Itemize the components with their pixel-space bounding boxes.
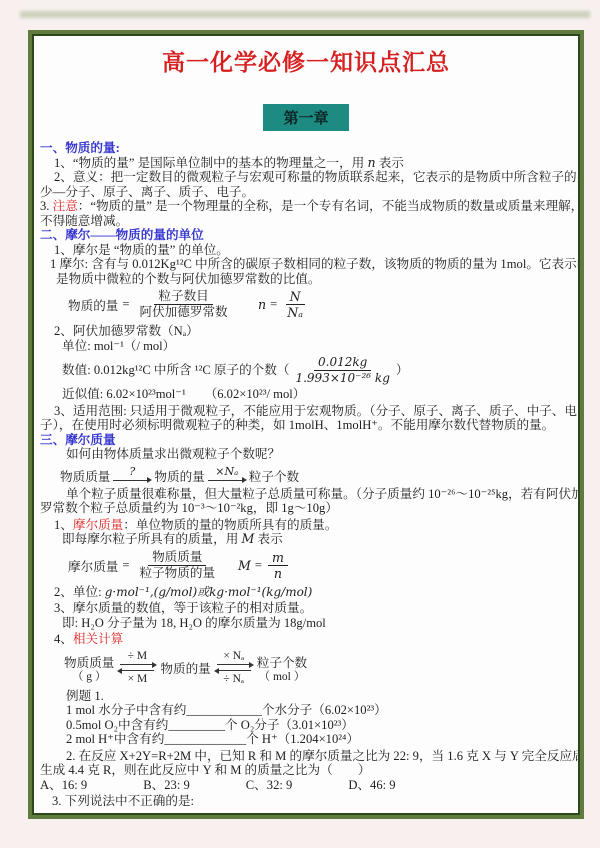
section-1-heading: 一、物质的量:	[40, 141, 572, 156]
text-part: 2、单位:	[54, 585, 105, 599]
right-arrow-icon	[208, 477, 246, 483]
s2-line-4: 2、阿伏加德罗常数（Nₐ）	[40, 324, 572, 339]
example-2: 0.5mol O₂中含有约_________个 O₂分子（3.01×10²³）	[40, 718, 572, 733]
s3-line-9: 4、相关计算	[40, 632, 572, 647]
s3-line-7: 3、摩尔质量的数值，等于该粒子的相对质量。	[40, 601, 572, 616]
arrow-label: × M	[128, 674, 148, 685]
text-part: ：“物质的量” 是一个物理量的全称，是一个专有名词，不能当成物质的数量或质量来理…	[78, 199, 580, 213]
right-arrow-icon	[215, 663, 253, 667]
node-unit: （ mol ）	[259, 671, 306, 683]
text-part: 数值: 0.012kg¹²C 中所含 ¹²C 原子的个数（	[62, 363, 289, 378]
node-label: 物质的量	[160, 658, 210, 677]
arrow-with-label: ?	[113, 467, 151, 483]
molar-mass-label: 摩尔质量	[73, 518, 123, 532]
text-part: 1、“物质的量” 是国际单位制中的基本的物理量之一，用	[54, 156, 367, 170]
s1-line-1: 1、“物质的量” 是国际单位制中的基本的物理量之一，用 n 表示	[40, 156, 572, 171]
formula-symbolic: n=NNₐ	[258, 289, 309, 320]
diagram-node-mass: 物质质量（ g ）	[64, 652, 114, 683]
s3-line-5: 即每摩尔粒子所具有的质量，用 M 表示	[40, 532, 572, 547]
s1-line-2: 2、意义：把一定数目的微观粒子与宏观可称量的物质联系起来，它表示的是物质中所含粒…	[40, 170, 572, 185]
text-part: 表示	[376, 156, 404, 170]
fraction-denominator: 阿伏加德罗常数	[135, 305, 231, 320]
s2-line-7: 近似值: 6.02×10²³mol⁻¹ （6.02×10²³/ mol）	[40, 387, 572, 402]
variable-n: n	[258, 297, 266, 312]
fraction-denominator: n	[270, 566, 286, 581]
node-label: 粒子个数	[257, 652, 307, 671]
example-q2-line-1: 2. 在反应 X+2Y=R+2M 中，已知 R 和 M 的摩尔质量之比为 22:…	[40, 749, 572, 764]
formula-lhs: 摩尔质量	[68, 556, 118, 575]
fraction-numerator: 物质质量	[148, 550, 206, 566]
double-arrow: × Nₐ÷ Nₐ	[215, 651, 253, 685]
arrow-label: ÷ M	[128, 651, 147, 662]
s3-line-1: 如何由物体质量求出微观粒子个数呢？	[40, 447, 572, 462]
conversion-diagram-simple: 物质质量 ? 物质的量 ×Nₐ 粒子个数	[60, 466, 572, 485]
arrow-with-label: ×Nₐ	[208, 467, 246, 483]
diagram-node-particles: 粒子个数（ mol ）	[257, 652, 307, 683]
s1-line-5: 不得随意增减。	[40, 214, 572, 229]
formula-molar-mass: 摩尔质量= 物质质量粒子物质的量 M=mn	[68, 550, 572, 581]
s3-line-4: 1、摩尔质量：单位物质的量的物质所具有的质量。	[40, 518, 572, 533]
s2-line-5: 单位: mol⁻¹（/ mol）	[40, 339, 572, 354]
formula-lhs: 物质的量	[68, 295, 118, 314]
fraction-numerator: 0.012kg	[314, 355, 371, 370]
fraction-numerator: N	[286, 289, 305, 305]
arrow-label: ?	[129, 467, 135, 477]
fraction-numerator: 粒子数目	[154, 289, 212, 305]
fraction-denominator: Nₐ	[283, 305, 307, 320]
option-a: A、16: 9	[40, 778, 87, 792]
s2-line-3: 是物质中微粒的个数与阿伏加德罗常数的比值。	[40, 272, 572, 287]
arrow-label: ×Nₐ	[215, 467, 238, 477]
variable-M: M	[238, 558, 251, 573]
fraction: 粒子数目阿伏加德罗常数	[135, 289, 231, 320]
equals-sign: =	[255, 558, 262, 573]
equals-sign: =	[270, 297, 277, 312]
section-2-heading: 二、摩尔——物质的量的单位	[40, 228, 572, 243]
s3-line-2: 单个粒子质量很难称量，但大量粒子总质量可称量。（分子质量约 10⁻²⁶～10⁻²…	[40, 487, 572, 502]
s2-line-9: 子），在使用时必须标明微观粒子的种类，如 1molH、1molH⁺。不能用摩尔数…	[40, 418, 572, 433]
equals-sign: =	[122, 558, 129, 573]
conversion-diagram-full: 物质质量（ g ） ÷ M× M 物质的量 × Nₐ÷ Nₐ 粒子个数（ mol…	[64, 651, 572, 685]
diagram-node-amount: 物质的量	[154, 466, 204, 485]
example-1: 1 mol 水分子中含有约____________个水分子（6.02×10²³）	[40, 703, 572, 718]
text-part: 1、	[54, 518, 73, 532]
right-arrow-icon	[113, 477, 151, 483]
chapter-badge: 第一章	[263, 104, 349, 131]
formula-symbolic: M=mn	[238, 550, 290, 581]
units-expression: g·mol⁻¹,(g/mol)或kg·mol⁻¹(kg/mol)	[105, 585, 313, 599]
s3-line-3: 罗常数个粒子总质量约为 10⁻³～10⁻²kg，即 1g～10g）	[40, 501, 572, 516]
example-q3: 3. 下列说法中不正确的是:	[40, 794, 572, 809]
formula-amount-of-substance: 物质的量= 粒子数目阿伏加德罗常数 n=NNₐ	[68, 289, 572, 320]
s3-line-8: 即: H₂O 分子量为 18, H₂O 的摩尔质量为 18g/mol	[40, 616, 572, 631]
variable-n: n	[367, 155, 375, 170]
example-title: 例题 1.	[40, 689, 572, 704]
diagram-node-particles: 粒子个数	[249, 466, 299, 485]
s1-line-3: 少—分子、原子、离子、质子、电子。	[40, 185, 572, 200]
diagram-node-mass: 物质质量	[60, 466, 110, 485]
text-part: 即每摩尔粒子所具有的质量，用	[62, 532, 241, 546]
text-part: ：单位物质的量的物质所具有的质量。	[123, 518, 337, 532]
option-c: C、32: 9	[246, 778, 293, 792]
fraction-numerator: m	[268, 550, 288, 566]
scan-edge-strip	[20, 11, 590, 18]
diagram-node-amount: 物质的量	[160, 658, 210, 677]
variable-M: M	[241, 531, 254, 546]
option-b: B、23: 9	[143, 778, 190, 792]
option-d: D、46: 9	[348, 778, 395, 792]
s1-line-4: 3. 注意：“物质的量” 是一个物理量的全称，是一个专有名词，不能当成物质的数量…	[40, 199, 572, 214]
text-part: 3.	[40, 199, 53, 213]
s2-line-8: 3、适用范围: 只适用于微观粒子，不能应用于宏观物质。（分子、原子、离子、质子、…	[40, 404, 572, 419]
right-arrow-icon	[118, 663, 156, 667]
example-3: 2 mol H⁺中含有约_____________个 H⁺（1.204×10²⁴…	[40, 732, 572, 747]
double-arrow: ÷ M× M	[118, 651, 156, 685]
left-arrow-icon	[215, 669, 253, 673]
arrow-label: ÷ Nₐ	[223, 674, 244, 685]
fraction: mn	[268, 550, 288, 581]
text-part: 4、	[54, 632, 73, 646]
arrow-label: × Nₐ	[223, 651, 244, 662]
page-title: 高一化学必修一知识点汇总	[40, 44, 572, 77]
node-label: 物质质量	[64, 652, 114, 671]
fraction-denominator: 1.993×10⁻²⁶ kg	[291, 371, 393, 385]
fraction-denominator: 粒子物质的量	[135, 566, 219, 581]
text-part: 表示	[254, 532, 282, 546]
page-frame: 高一化学必修一知识点汇总 第一章 一、物质的量: 1、“物质的量” 是国际单位制…	[28, 30, 584, 819]
fraction: NNₐ	[283, 289, 307, 320]
page-content: 高一化学必修一知识点汇总 第一章 一、物质的量: 1、“物质的量” 是国际单位制…	[32, 34, 580, 815]
s2-line-1: 1、摩尔是 “物质的量” 的单位。	[40, 243, 572, 258]
example-q2-line-2: 生成 4.4 克 R，则在此反应中 Y 和 M 的质量之比为（ ）	[40, 763, 572, 778]
notice-label: 注意	[53, 199, 78, 213]
fraction: 0.012kg1.993×10⁻²⁶ kg	[291, 355, 393, 385]
s3-line-6: 2、单位: g·mol⁻¹,(g/mol)或kg·mol⁻¹(kg/mol)	[40, 585, 572, 600]
related-calculation-label: 相关计算	[73, 632, 123, 646]
node-unit: （ g ）	[72, 671, 107, 683]
s2-line-2: 1 摩尔: 含有与 0.012Kg¹²C 中所含的碳原子数相同的粒子数，该物质的…	[40, 257, 572, 272]
s2-value-line: 数值: 0.012kg¹²C 中所含 ¹²C 原子的个数（ 0.012kg1.9…	[40, 355, 572, 385]
text-part: ）	[396, 363, 409, 378]
left-arrow-icon	[118, 669, 156, 673]
fraction: 物质质量粒子物质的量	[135, 550, 219, 581]
equals-sign: =	[122, 297, 129, 312]
answer-options: A、16: 9B、23: 9C、32: 9D、46: 9	[40, 778, 572, 793]
section-3-heading: 三、摩尔质量	[40, 433, 572, 448]
